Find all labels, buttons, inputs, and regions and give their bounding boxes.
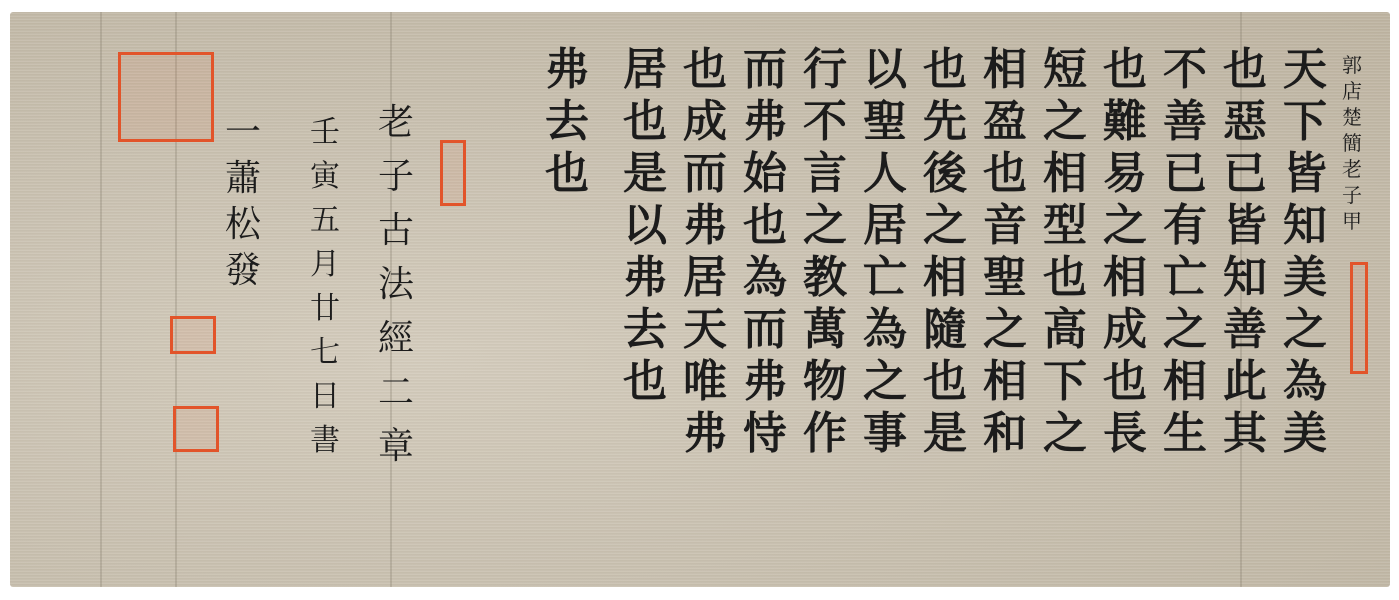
char: 寅 [310,162,340,192]
artist-signature: 一 蕭 松 發 [225,115,261,299]
char: 不 [803,100,847,144]
text-column-6: 相 盈 也 音 聖 之 相 和 [983,48,1027,464]
char: 物 [803,360,847,404]
char: 相 [923,256,967,300]
text-column-5: 短 之 相 型 也 高 下 之 [1043,48,1087,464]
title-seal [1350,262,1368,374]
char: 天 [683,308,727,352]
char: 下 [1043,360,1087,404]
char: 廿 [310,294,340,324]
text-column-12: 居 也 是 以 弗 去 也 [623,48,667,412]
char: 弗 [683,204,727,248]
char: 成 [1103,308,1147,352]
char: 之 [923,204,967,248]
char: 也 [683,48,727,92]
char: 美 [1283,412,1327,456]
title-column: 郭 店 楚 簡 老 子 甲 [1342,55,1362,237]
char: 也 [1223,48,1267,92]
char: 之 [1283,308,1327,352]
char: 為 [863,308,907,352]
char: 之 [1103,204,1147,248]
text-column-2: 也 惡 已 皆 知 善 此 其 [1223,48,1267,464]
char: 和 [983,412,1027,456]
char: 音 [983,204,1027,248]
text-column-3: 不 善 已 有 亡 之 相 生 [1163,48,1207,464]
colophon-seal [440,140,466,206]
char: 弗 [743,360,787,404]
char: 而 [683,152,727,196]
char: 法 [378,267,414,303]
text-column-13: 弗 去 也 [545,48,589,204]
char: 之 [983,308,1027,352]
char: 也 [1043,256,1087,300]
char: 日 [310,382,340,412]
char: 盈 [983,100,1027,144]
char: 松 [225,207,261,243]
char: 經 [378,321,414,357]
char: 先 [923,100,967,144]
char: 也 [623,360,667,404]
char: 發 [225,253,261,289]
char: 居 [623,48,667,92]
char: 相 [1163,360,1207,404]
char: 成 [683,100,727,144]
char: 善 [1223,308,1267,352]
title-char: 老 [1342,159,1362,179]
char: 相 [1103,256,1147,300]
fold-line [100,12,102,587]
char: 也 [1103,48,1147,92]
char: 書 [310,426,340,456]
char: 五 [310,206,340,236]
char: 行 [803,48,847,92]
char: 其 [1223,412,1267,456]
char: 亡 [863,256,907,300]
char: 也 [923,48,967,92]
char: 皆 [1223,204,1267,248]
char: 事 [863,412,907,456]
char: 知 [1283,204,1327,248]
char: 壬 [310,118,340,148]
char: 弗 [545,48,589,92]
char: 以 [863,48,907,92]
char: 相 [983,48,1027,92]
char: 言 [803,152,847,196]
text-column-1: 天 下 皆 知 美 之 為 美 [1283,48,1327,464]
char: 此 [1223,360,1267,404]
char: 之 [1163,308,1207,352]
title-char: 子 [1342,185,1362,205]
char: 高 [1043,308,1087,352]
text-column-11: 也 成 而 弗 居 天 唯 弗 [683,48,727,464]
title-char: 簡 [1342,133,1362,153]
char: 蕭 [225,161,261,197]
char: 唯 [683,360,727,404]
char: 之 [803,204,847,248]
char: 相 [1043,152,1087,196]
leisure-seal [170,316,216,354]
char: 已 [1163,152,1207,196]
text-column-4: 也 難 易 之 相 成 也 長 [1103,48,1147,464]
char: 也 [923,360,967,404]
char: 短 [1043,48,1087,92]
char: 美 [1283,256,1327,300]
char: 萬 [803,308,847,352]
char: 也 [743,204,787,248]
char: 而 [743,308,787,352]
char: 人 [863,152,907,196]
colophon-title: 老 子 古 法 經 二 章 [378,105,414,483]
char: 也 [1103,360,1147,404]
char: 之 [1043,412,1087,456]
char: 是 [623,152,667,196]
char: 聖 [983,256,1027,300]
char: 易 [1103,152,1147,196]
char: 子 [378,159,414,195]
char: 皆 [1283,152,1327,196]
char: 聖 [863,100,907,144]
text-column-8: 以 聖 人 居 亡 為 之 事 [863,48,907,464]
title-char: 楚 [1342,107,1362,127]
char: 知 [1223,256,1267,300]
char: 居 [683,256,727,300]
char: 弗 [623,256,667,300]
text-column-7: 也 先 後 之 相 隨 也 是 [923,48,967,464]
char: 七 [310,338,340,368]
char: 月 [310,250,340,280]
char: 之 [1043,100,1087,144]
char: 亡 [1163,256,1207,300]
text-column-10: 而 弗 始 也 為 而 弗 恃 [743,48,787,464]
char: 相 [983,360,1027,404]
char: 之 [863,360,907,404]
char: 二 [378,375,414,411]
char: 而 [743,48,787,92]
text-column-9: 行 不 言 之 教 萬 物 作 [803,48,847,464]
char: 去 [545,100,589,144]
char: 生 [1163,412,1207,456]
char: 以 [623,204,667,248]
colophon-date: 壬 寅 五 月 廿 七 日 書 [310,118,340,470]
char: 已 [1223,152,1267,196]
char: 弗 [743,100,787,144]
char: 隨 [923,308,967,352]
char: 一 [225,115,261,151]
char: 古 [378,213,414,249]
char: 型 [1043,204,1087,248]
char: 老 [378,105,414,141]
char: 恃 [743,412,787,456]
char: 是 [923,412,967,456]
char: 也 [623,100,667,144]
char: 不 [1163,48,1207,92]
char: 天 [1283,48,1327,92]
char: 有 [1163,204,1207,248]
char: 教 [803,256,847,300]
title-char: 甲 [1342,211,1362,231]
char: 惡 [1223,100,1267,144]
char: 長 [1103,412,1147,456]
char: 後 [923,152,967,196]
char: 下 [1283,100,1327,144]
char: 難 [1103,100,1147,144]
char: 善 [1163,100,1207,144]
char: 居 [863,204,907,248]
char: 始 [743,152,787,196]
char: 也 [545,152,589,196]
char: 去 [623,308,667,352]
char: 為 [1283,360,1327,404]
char: 為 [743,256,787,300]
char: 章 [378,429,414,465]
char: 作 [803,412,847,456]
large-square-seal [118,52,214,142]
title-char: 郭 [1342,55,1362,75]
title-char: 店 [1342,81,1362,101]
char: 也 [983,152,1027,196]
name-seal [173,406,219,452]
char: 弗 [683,412,727,456]
